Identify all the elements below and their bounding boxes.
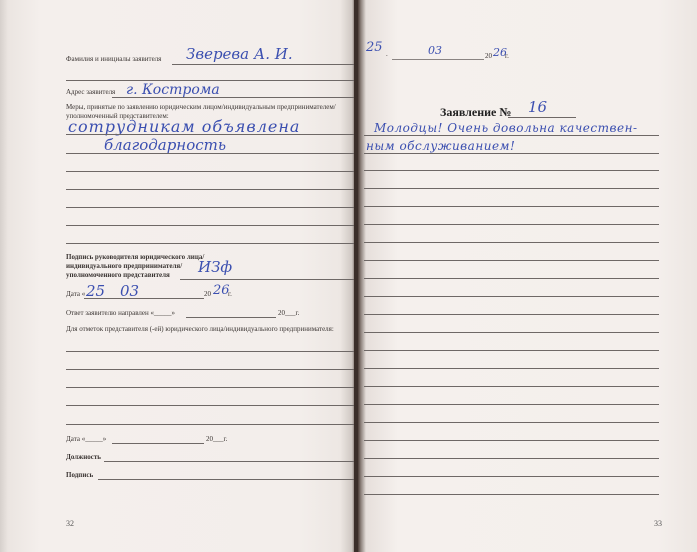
notes-line-4[interactable] xyxy=(66,405,358,406)
statement-line-4[interactable] xyxy=(364,188,659,189)
statement-line-19[interactable] xyxy=(364,458,659,459)
applicant-name-field[interactable] xyxy=(172,64,358,65)
signature-value: ИЗф xyxy=(198,258,232,276)
measures-line-2[interactable] xyxy=(66,153,358,154)
statement-line-5[interactable] xyxy=(364,206,659,207)
signature-field[interactable] xyxy=(180,279,358,280)
page-number-left: 32 xyxy=(66,519,74,528)
reply-year: 20___г. xyxy=(278,309,299,317)
notes-date-field[interactable] xyxy=(112,443,204,444)
statement-line-3[interactable] xyxy=(364,170,659,171)
right-date-month: 03 xyxy=(428,44,442,57)
statement-line-7[interactable] xyxy=(364,242,659,243)
right-date-year-prefix: 20 xyxy=(485,52,492,60)
notes-label: Для отметок представителя (-ей) юридичес… xyxy=(66,325,334,333)
left-page: Фамилия и инициалы заявителя Зверева А. … xyxy=(0,0,358,552)
signature-label-line3: уполномоченного представителя xyxy=(66,271,170,279)
notes-date-year: 20___г. xyxy=(206,435,227,443)
measures-value-line2: благодарность xyxy=(104,136,226,154)
right-date-field[interactable] xyxy=(392,59,484,60)
statement-line-2[interactable] xyxy=(364,153,659,154)
measures-line-6[interactable] xyxy=(66,225,358,226)
statement-line-20[interactable] xyxy=(364,476,659,477)
statement-line-16[interactable] xyxy=(364,404,659,405)
measures-line-7[interactable] xyxy=(66,243,358,244)
measures-line-4[interactable] xyxy=(66,189,358,190)
signature-label-line2: индивидуального предпринимателя/ xyxy=(66,262,182,270)
right-date-day: 25 xyxy=(366,40,383,55)
measures-line-5[interactable] xyxy=(66,207,358,208)
sign-field[interactable] xyxy=(98,479,358,480)
statement-line-18[interactable] xyxy=(364,440,659,441)
notes-date-label: Дата «_____» xyxy=(66,435,106,443)
sign-label: Подпись xyxy=(66,471,93,479)
right-page: 25 . 03 20 26 г. Заявление № 16 Молодцы!… xyxy=(358,0,697,552)
notes-line-3[interactable] xyxy=(66,387,358,388)
right-date-year-suffix: г. xyxy=(505,52,509,60)
statement-line-13[interactable] xyxy=(364,350,659,351)
statement-line-9[interactable] xyxy=(364,278,659,279)
statement-line-6[interactable] xyxy=(364,224,659,225)
statement-text-line2: ным обслуживанием! xyxy=(366,139,515,153)
statement-text-line1: Молодцы! Очень довольна качествен- xyxy=(374,121,638,135)
statement-line-10[interactable] xyxy=(364,296,659,297)
date-year-suffix: г. xyxy=(228,290,232,298)
statement-line-17[interactable] xyxy=(364,422,659,423)
statement-number: 16 xyxy=(528,98,547,116)
date-label: Дата « xyxy=(66,290,85,298)
statement-number-field[interactable] xyxy=(508,117,576,118)
position-label: Должность xyxy=(66,453,101,461)
statement-line-11[interactable] xyxy=(364,314,659,315)
measures-label-line1: Меры, принятые по заявлению юридическим … xyxy=(66,103,336,111)
measures-line-3[interactable] xyxy=(66,171,358,172)
statement-line-14[interactable] xyxy=(364,368,659,369)
statement-line-1[interactable] xyxy=(364,135,659,136)
notes-line-2[interactable] xyxy=(66,369,358,370)
date-year-prefix: 20 xyxy=(204,290,211,298)
applicant-name-value: Зверева А. И. xyxy=(186,45,293,63)
address-value: г. Кострома xyxy=(126,82,220,98)
position-field[interactable] xyxy=(104,461,358,462)
notes-line-5[interactable] xyxy=(66,424,358,425)
measures-line-1[interactable] xyxy=(66,134,358,135)
notes-line-1[interactable] xyxy=(66,351,358,352)
statement-title: Заявление № xyxy=(440,105,511,120)
reply-date-field[interactable] xyxy=(186,317,276,318)
statement-line-15[interactable] xyxy=(364,386,659,387)
reply-label: Ответ заявителю направлен «_____» xyxy=(66,309,175,317)
address-label: Адрес заявителя xyxy=(66,88,115,96)
applicant-name-label: Фамилия и инициалы заявителя xyxy=(66,55,161,63)
statement-line-21[interactable] xyxy=(364,494,659,495)
date-field[interactable] xyxy=(84,298,204,299)
statement-line-8[interactable] xyxy=(364,260,659,261)
applicant-name-line-2 xyxy=(66,80,358,81)
page-number-right: 33 xyxy=(654,519,662,528)
signature-label-line1: Подпись руководителя юридического лица/ xyxy=(66,253,204,261)
statement-line-12[interactable] xyxy=(364,332,659,333)
